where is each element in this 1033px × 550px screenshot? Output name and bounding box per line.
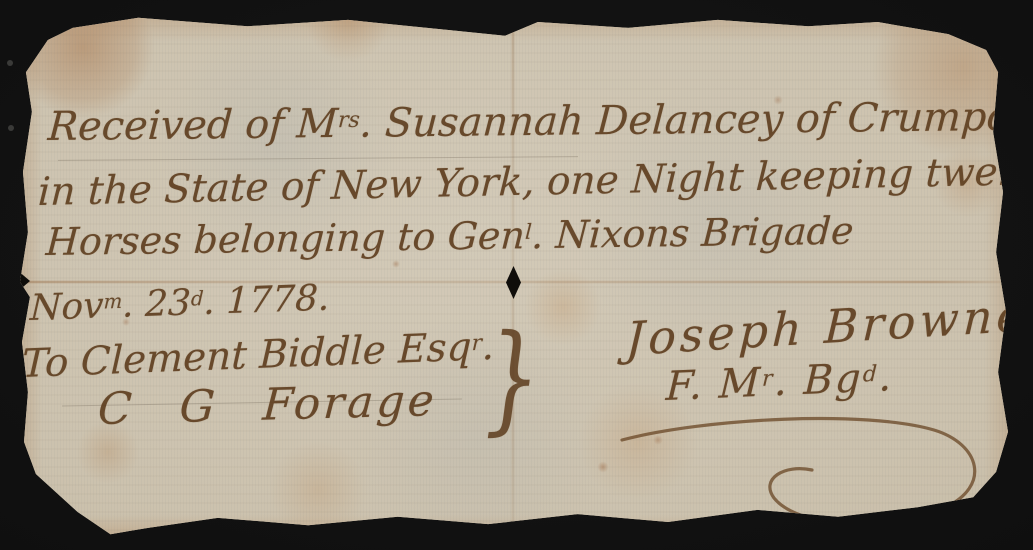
- receipt-date: Novm. 23d. 1778.: [29, 278, 330, 330]
- line3-text: Horses belonging to Gen: [45, 213, 526, 264]
- mat-pinhole: [7, 60, 13, 66]
- line1-text: Received of M: [47, 101, 340, 150]
- forage-department-line: C G Forage: [96, 375, 438, 435]
- signature-title-superscript: d: [862, 362, 879, 388]
- signature-title-text: .: [878, 354, 895, 401]
- date-text: . 23: [122, 282, 192, 325]
- line3-text: . Nixons Brigade: [530, 209, 854, 258]
- signature-text: Joseph Browne: [625, 287, 1029, 366]
- line1-superscript: rs: [337, 108, 360, 133]
- signature-title-text: . Bg: [773, 355, 863, 405]
- line1-text: . Susannah Delancey of Crumpond: [358, 93, 1033, 146]
- receipt-line-1: Received of Mrs. Susannah Delancey of Cr…: [47, 93, 1033, 150]
- fold-intersection-hole: [506, 266, 521, 299]
- signature-flourish: [616, 400, 1006, 548]
- receipt-document: Received of Mrs. Susannah Delancey of Cr…: [18, 12, 1012, 540]
- date-text: Nov: [29, 285, 104, 329]
- date-superscript: m: [103, 290, 123, 314]
- date-superscript: d: [191, 287, 204, 310]
- paper-edge-notch: [17, 270, 30, 292]
- date-text: . 1778.: [203, 278, 330, 323]
- curly-brace: }: [483, 327, 541, 428]
- mat-pinhole: [8, 125, 14, 131]
- photo-mat: Received of Mrs. Susannah Delancey of Cr…: [0, 0, 1033, 550]
- forage-text: C G Forage: [96, 375, 438, 435]
- signature: Joseph Browne: [625, 287, 1029, 366]
- receipt-line-3: Horses belonging to Genl. Nixons Brigade: [45, 209, 855, 264]
